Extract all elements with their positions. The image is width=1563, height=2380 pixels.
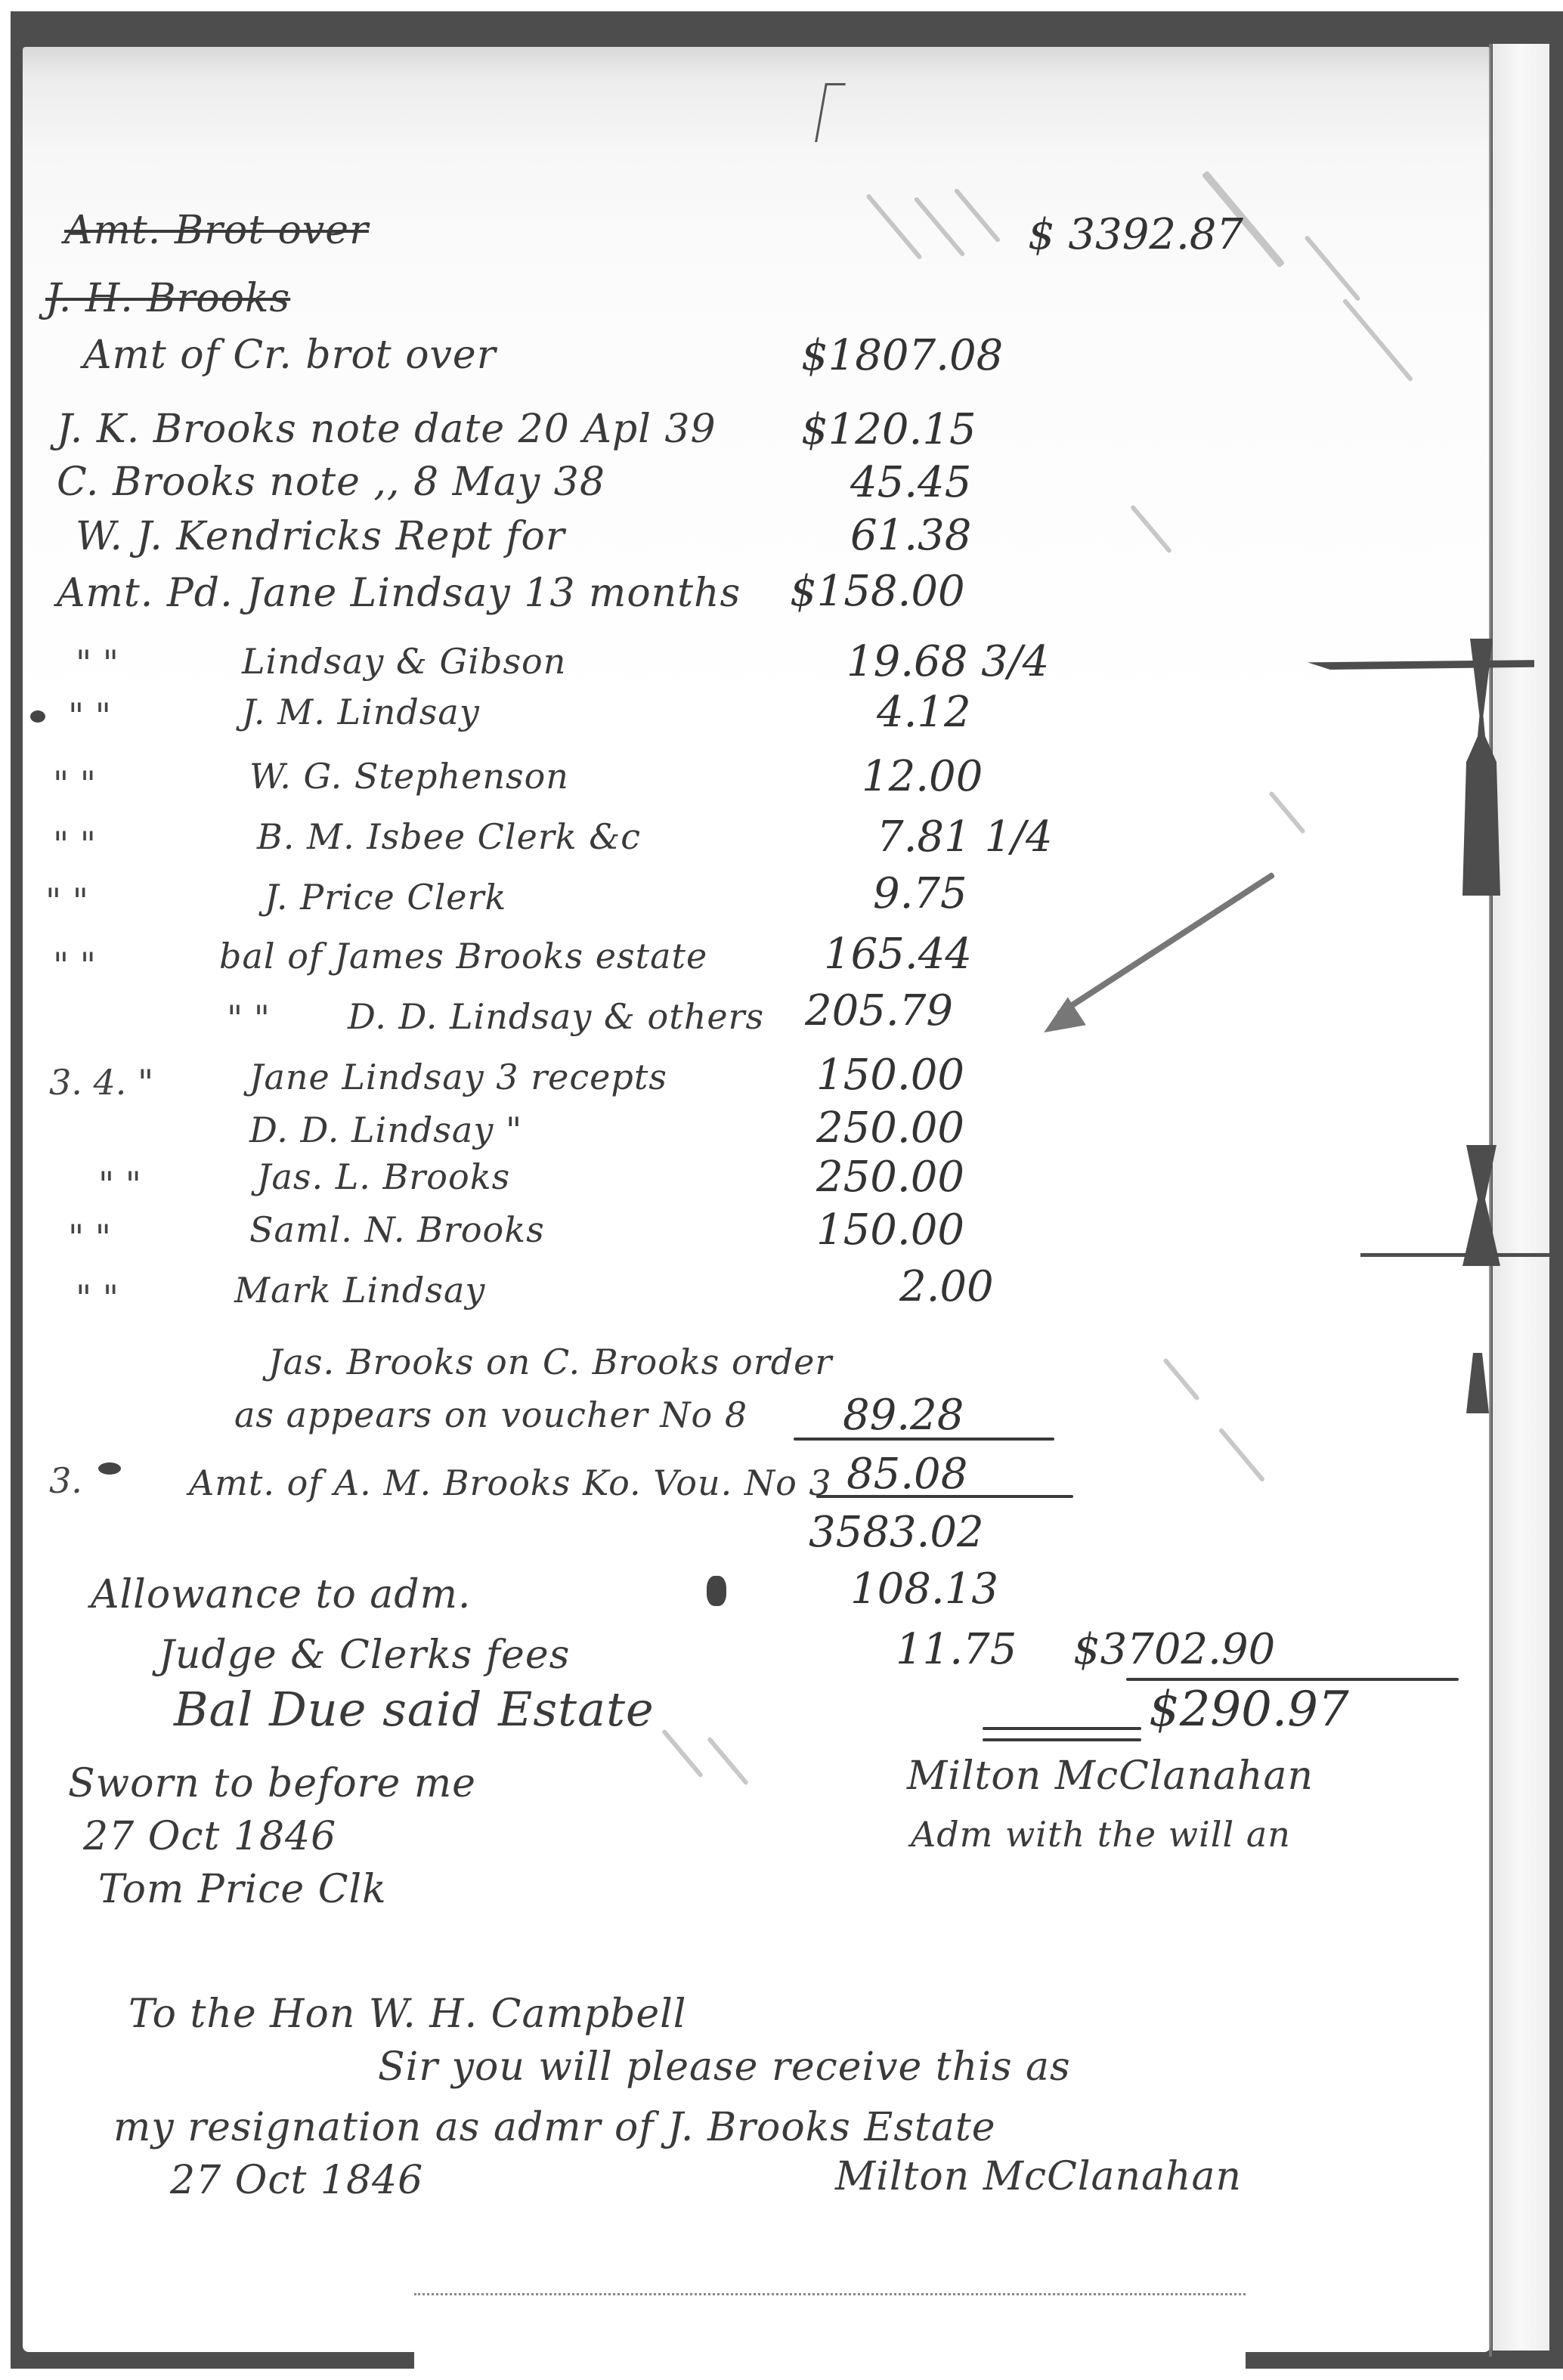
entry-amount: $158.00	[790, 567, 965, 616]
entry-description: bal of James Brooks estate	[219, 936, 707, 976]
entry-description: W. J. Kendricks Rept for	[76, 514, 565, 559]
entry-description: B. M. Isbee Clerk &c	[257, 816, 641, 857]
entry-amount: $120.15	[801, 405, 976, 454]
brought-over-heading: Amt. Brot over	[64, 208, 369, 253]
sum-rule	[816, 1495, 1073, 1498]
administrator-signature: Milton McClanahan	[907, 1753, 1314, 1799]
entry-amount: 19.68 3/4	[846, 637, 1049, 686]
allowance-amount: 108.13	[850, 1564, 998, 1614]
entry-description: C. Brooks note ,, 8 May 38	[57, 460, 605, 505]
double-rule-bottom	[983, 1738, 1141, 1741]
ink-blot	[707, 1576, 726, 1606]
entry-amount: 150.00	[816, 1205, 964, 1255]
entry-description: Jas. Brooks on C. Brooks order	[268, 1342, 832, 1382]
ditto-marks: " "	[68, 695, 111, 736]
entry-description: J. M. Lindsay	[242, 692, 480, 732]
total-amount: $3702.90	[1073, 1625, 1275, 1674]
fold-crease	[1360, 1253, 1557, 1257]
ditto-marks: 3. 4. "	[49, 1062, 153, 1103]
balance-label: Bal Due said Estate	[174, 1682, 655, 1737]
entry-description: Lindsay & Gibson	[242, 641, 566, 682]
oath-line: Sworn to before me	[68, 1761, 476, 1806]
entry-amount: 45.45	[850, 458, 971, 507]
ink-blot	[30, 710, 45, 723]
entry-description: Jane Lindsay 3 recepts	[249, 1057, 667, 1097]
entry-description: Jas. L. Brooks	[257, 1156, 510, 1197]
resignation-date: 27 Oct 1846	[170, 2158, 423, 2203]
ditto-marks: " "	[53, 763, 96, 804]
ditto-marks: " "	[98, 1164, 141, 1205]
entry-amount: 89.28	[843, 1391, 964, 1440]
scan-top-margin	[0, 0, 1563, 11]
brought-over-amount: $ 3392.87	[1028, 210, 1243, 259]
allowance-label: Allowance to adm.	[91, 1572, 471, 1617]
entry-amount: 2.00	[899, 1262, 994, 1311]
ditto-marks: " "	[45, 881, 88, 921]
entry-description: D. D. Lindsay "	[249, 1110, 522, 1150]
oath-date: 27 Oct 1846	[83, 1814, 336, 1859]
ink-blot	[98, 1462, 121, 1475]
fees-label: Judge & Clerks fees	[159, 1633, 570, 1678]
administrator-title: Adm with the will an	[911, 1814, 1291, 1855]
entry-amount: 85.08	[846, 1450, 967, 1499]
entry-description: J. Price Clerk	[265, 877, 506, 918]
page-edge-fold	[1493, 44, 1549, 2351]
entry-description: Amt. of A. M. Brooks Ko. Vou. No 3	[189, 1462, 832, 1503]
entry-description: Saml. N. Brooks	[249, 1209, 545, 1250]
entry-description: Mark Lindsay	[234, 1270, 485, 1311]
entry-amount: 9.75	[873, 869, 967, 918]
resignation-salutation: To the Hon W. H. Campbell	[128, 1992, 686, 2037]
vertical-fold-line	[1489, 44, 1492, 2357]
ditto-marks: " "	[53, 945, 96, 986]
balance-amount: $290.97	[1149, 1682, 1349, 1738]
page-bottom-tab	[414, 2293, 1246, 2380]
sum-rule	[794, 1438, 1054, 1441]
struck-name: J. H. Brooks	[45, 276, 290, 321]
entry-description: as appears on voucher No 8	[234, 1394, 747, 1435]
subtotal-amount: 3583.02	[809, 1508, 984, 1557]
double-rule-top	[983, 1727, 1141, 1730]
entry-amount: 165.44	[824, 930, 972, 979]
entry-description: J. K. Brooks note date 20 Apl 39	[57, 407, 717, 452]
credit-brought-over-label: Amt of Cr. brot over	[83, 333, 497, 378]
entry-amount: 205.79	[805, 986, 953, 1035]
entry-amount: 7.81 1/4	[877, 812, 1053, 862]
entry-amount: 250.00	[816, 1153, 964, 1202]
entry-description: D. D. Lindsay & others	[348, 996, 764, 1037]
ditto-marks: " "	[76, 1277, 119, 1318]
resignation-line-1: Sir you will please receive this as	[378, 2044, 1071, 2090]
entry-amount: 150.00	[816, 1051, 964, 1100]
credit-brought-over-amount: $1807.08	[801, 331, 1003, 380]
entry-amount: 12.00	[862, 752, 983, 801]
ditto-marks: 3.	[49, 1460, 82, 1501]
clerk-signature: Tom Price Clk	[98, 1867, 387, 1912]
entry-amount: 250.00	[816, 1103, 964, 1153]
resignation-signature: Milton McClanahan	[835, 2154, 1242, 2199]
fees-amount: 11.75	[896, 1625, 1017, 1674]
total-rule	[1126, 1678, 1459, 1681]
ditto-marks: " "	[68, 1217, 111, 1258]
entry-description: W. G. Stephenson	[249, 756, 569, 797]
entry-amount: 4.12	[877, 688, 971, 737]
entry-amount: 61.38	[850, 511, 971, 560]
entry-description: Amt. Pd. Jane Lindsay 13 months	[57, 571, 741, 616]
ditto-marks: " "	[227, 998, 270, 1038]
resignation-line-2: my resignation as admr of J. Brooks Esta…	[113, 2105, 996, 2150]
ditto-marks: " "	[76, 642, 119, 683]
ditto-marks: " "	[53, 824, 96, 865]
